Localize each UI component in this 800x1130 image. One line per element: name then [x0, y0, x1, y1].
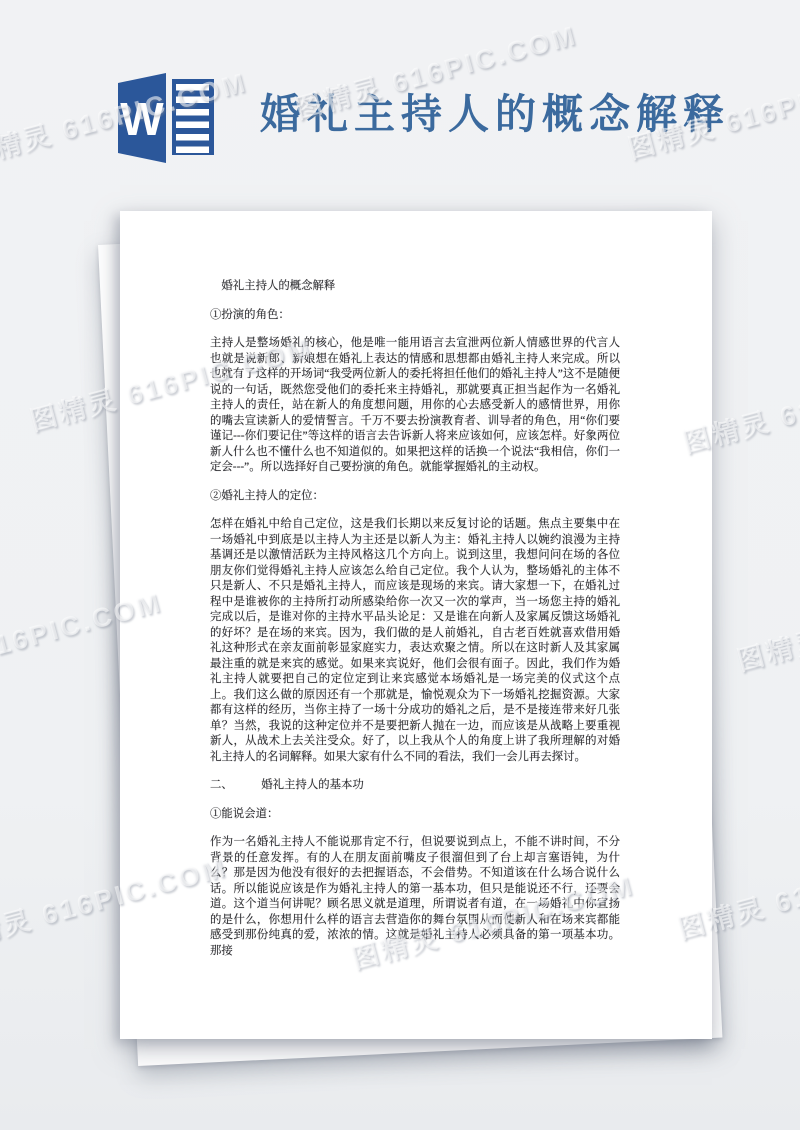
doc-block-para: 主持人是整场婚礼的核心，他是唯一能用语言去宣泄两位新人情感世界的代言人也就是说新…: [210, 336, 620, 476]
page-title: 婚礼主持人的概念解释: [260, 90, 730, 138]
watermark-text: 图精灵 616PIC.COM: [732, 565, 800, 678]
doc-block-heading: 二、 婚礼主持人的基本功: [210, 778, 620, 794]
doc-block-title: 婚礼主持人的概念解释: [210, 279, 620, 295]
doc-block-heading: ①扮演的角色：: [210, 308, 620, 324]
preview-canvas: W 婚礼主持人的概念解释 婚礼主持人的概念解释①扮演的角色：主持人是整场婚礼的核…: [0, 0, 800, 1130]
document-page-front[interactable]: 婚礼主持人的概念解释①扮演的角色：主持人是整场婚礼的核心，他是唯一能用语言去宣泄…: [120, 211, 712, 1039]
svg-text:W: W: [120, 93, 164, 145]
preview-header: W 婚礼主持人的概念解释: [0, 0, 800, 200]
doc-block-para: 怎样在婚礼中给自己定位，这是我们长期以来反复讨论的话题。焦点主要集中在一场婚礼中…: [210, 517, 620, 765]
doc-block-heading: ①能说会道：: [210, 807, 620, 823]
doc-block-heading: ②婚礼主持人的定位：: [210, 489, 620, 505]
doc-block-para: 作为一名婚礼主持人不能说那肯定不行，但说要说到点上，不能不讲时间，不分背景的任意…: [210, 835, 620, 959]
document-content: 婚礼主持人的概念解释①扮演的角色：主持人是整场婚礼的核心，他是唯一能用语言去宣泄…: [120, 211, 712, 1039]
word-icon: W: [106, 68, 220, 168]
